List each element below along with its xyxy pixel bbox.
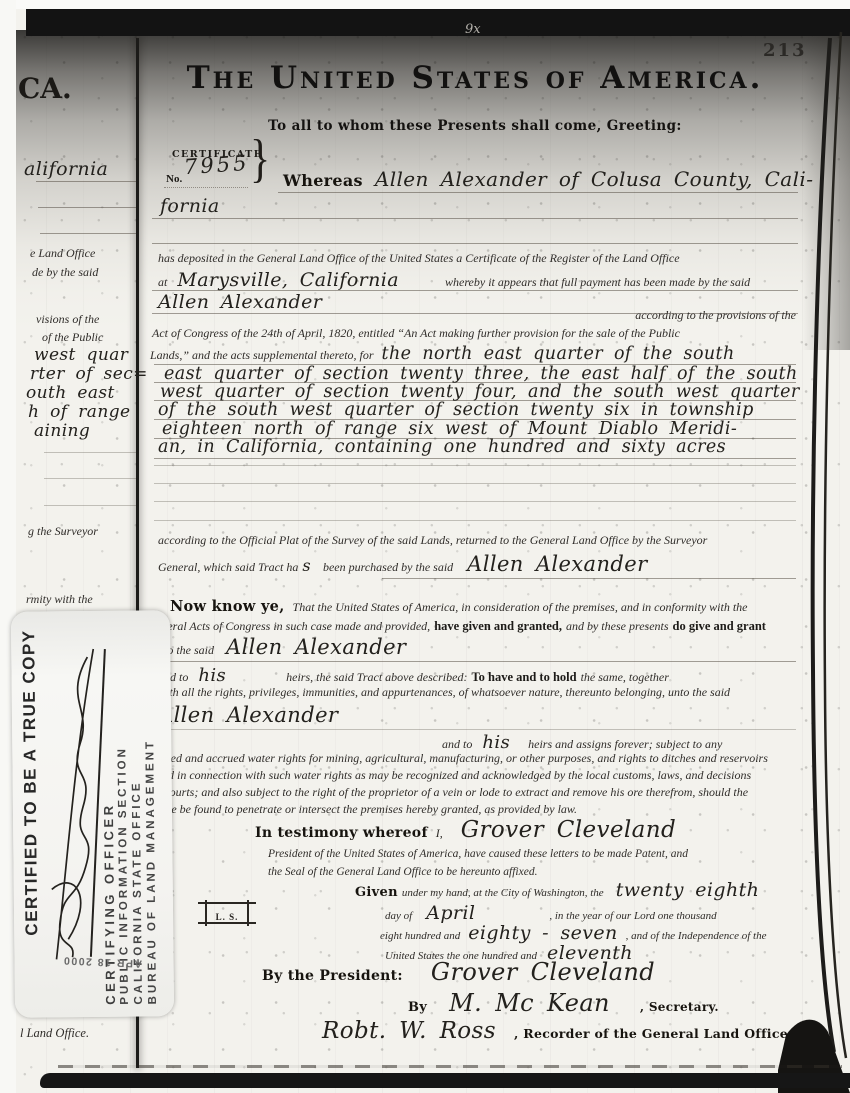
margin-fragment: h of range — [28, 402, 130, 422]
plat-text-b: been purchased by the said — [323, 560, 453, 574]
acts-text: several Acts of Congress in such case ma… — [152, 619, 430, 633]
recorder-signature: Robt. W. Ross — [322, 1018, 496, 1044]
ruled-line — [152, 243, 798, 244]
certification-sticker: CERTIFIED TO BE A TRUE COPY CERTIFYING O… — [11, 610, 174, 1018]
unto-line: unto the said Allen Alexander — [152, 636, 406, 659]
water-rights-1: vested and accrued water rights for mini… — [152, 752, 768, 765]
margin-fragment: rmity with the — [26, 592, 93, 607]
secretary-label: , Secretary. — [640, 1000, 719, 1014]
heirs-line-3: and to his heirs and assigns forever; su… — [442, 733, 722, 752]
margin-fragment: alifornia — [24, 158, 108, 180]
his-hand-2: his — [482, 732, 510, 753]
testimony-2: President of the United States of Americ… — [268, 848, 688, 860]
scan-bottom-speckle — [58, 1065, 842, 1068]
grantee-name-2: Allen Alexander — [226, 635, 406, 659]
act-of-congress-1: Act of Congress of the 24th of April, 18… — [152, 327, 680, 340]
eight-hundred-text: eight hundred and — [380, 930, 460, 942]
payment-clause: whereby it appears that full payment has… — [445, 275, 750, 289]
margin-fragment: visions of the — [36, 312, 99, 327]
margin-fragment: outh east — [26, 383, 115, 403]
given-label: Given — [355, 885, 398, 900]
ruled-line — [154, 483, 796, 484]
testimony-i: I, — [436, 826, 443, 840]
day-of-label: day of — [385, 910, 412, 922]
testimony-label: In testimony whereof — [255, 825, 428, 841]
testimony-3: the Seal of the General Land Office to b… — [268, 866, 537, 878]
ruled-line — [40, 233, 136, 234]
ruled-line — [154, 458, 796, 459]
margin-fragment: of the Public — [42, 330, 103, 345]
now-know-ye-label: Now know ye, — [170, 598, 285, 615]
plat-s: s — [302, 556, 311, 575]
certificate-underline — [164, 187, 248, 188]
by-president-line: By the President: Grover Cleveland — [262, 960, 655, 986]
plat-text-a: General, which said Tract ha — [158, 560, 298, 574]
tract-desc-0: the north east quarter of the south — [382, 344, 735, 364]
ruled-line — [44, 452, 136, 453]
given-line-3: eight hundred and eighty - seven , and o… — [380, 923, 766, 944]
to-have-hold-text: To have and to hold — [471, 670, 576, 684]
patent-page: The United States of America. To all to … — [150, 0, 810, 1093]
grantee-name-3: Allen Alexander — [158, 704, 338, 727]
secretary-line: By M. Mc Kean , Secretary. — [408, 991, 719, 1017]
ruled-line — [36, 181, 136, 182]
presents-text: and by these presents — [566, 619, 669, 633]
grantee-name-cont: fornia — [160, 196, 220, 217]
water-rights-3: of courts; and also subject to the right… — [152, 786, 748, 799]
ruled-line — [154, 520, 796, 521]
deposited-clause-1: has deposited in the General Land Office… — [158, 252, 680, 265]
tract-desc-3: of the south west quarter of section twe… — [158, 401, 754, 420]
heirs-line-1: and to his heirs, the said Tract above d… — [158, 666, 669, 685]
scanned-land-patent-document: CA. alifornia e Land Office de by the sa… — [0, 0, 850, 1093]
grantee-name: Allen Alexander of Colusa County, Cali- — [375, 167, 813, 191]
scan-top-black-band — [26, 9, 850, 36]
and-to-text-2: and to — [442, 737, 472, 751]
certificate-brace: } — [250, 132, 270, 189]
his-hand-1: his — [198, 665, 226, 686]
same-together-text: the same, together — [581, 670, 669, 684]
by-label: By — [408, 1000, 427, 1015]
ruled-line — [154, 501, 796, 502]
margin-fragment: rter of sec= — [30, 364, 148, 384]
salutation: To all to whom these Presents shall come… — [150, 119, 800, 134]
certifying-officer-label: CERTIFYING OFFICER — [101, 785, 118, 1005]
ruled-line — [154, 465, 796, 466]
deposited-clause-2: at Marysville, California whereby it app… — [158, 270, 750, 291]
assigns-text: heirs and assigns forever; subject to an… — [528, 737, 722, 751]
given-year: eighty - seven — [468, 922, 617, 944]
by-president-label: By the President: — [262, 968, 403, 984]
ruled-line — [154, 729, 796, 730]
land-office-place: Marysville, California — [177, 269, 399, 291]
given-month: April — [426, 902, 475, 924]
given-day: twenty eighth — [616, 879, 760, 901]
given-line-1: Given under my hand, at the City of Wash… — [355, 880, 759, 901]
ruled-line — [38, 207, 136, 208]
certificate-number: 7955 — [183, 152, 250, 179]
whereas-label: Whereas — [283, 171, 363, 190]
page-title: The United States of America. — [150, 62, 800, 95]
act-of-congress-2: Lands,” and the acts supplemental theret… — [150, 345, 735, 364]
margin-fragment: aining — [34, 421, 90, 441]
ruled-line — [278, 192, 798, 193]
tract-desc-5: an, in California, containing one hundre… — [158, 438, 726, 457]
scan-bottom-black-band — [40, 1073, 850, 1088]
now-know-ye-2: several Acts of Congress in such case ma… — [152, 617, 766, 634]
have-given-text: have given and granted, — [434, 619, 562, 633]
recorder-label: , Recorder of the General Land Office. — [514, 1026, 793, 1041]
margin-fragment: g the Surveyor — [28, 524, 98, 539]
ruled-line — [44, 505, 136, 506]
year-text: , in the year of our Lord one thousand — [549, 910, 716, 922]
margin-fragment: l Land Office. — [20, 1026, 89, 1041]
whereas-line: Whereas Allen Alexander of Colusa County… — [283, 169, 813, 191]
heirs-text: heirs, the said Tract above described: — [286, 670, 467, 684]
ruled-line — [382, 578, 796, 579]
heirs-line-2: with all the rights, privileges, immunit… — [158, 686, 730, 699]
at-label: at — [158, 275, 167, 289]
scan-top-edge — [0, 0, 850, 9]
provisions-clause: according to the provisions of the — [150, 309, 796, 322]
plat-clause-2: General, which said Tract ha s been purc… — [158, 553, 648, 576]
seal-box: L. S. — [205, 900, 249, 926]
margin-fragment: west quar — [34, 345, 128, 365]
purchaser-name: Allen Alexander — [467, 552, 647, 576]
now-know-ye-text: That the United States of America, in co… — [293, 600, 748, 614]
ruled-line — [152, 661, 796, 662]
certified-true-copy-label: CERTIFIED TO BE A TRUE COPY — [20, 681, 43, 936]
page-curl-edge — [778, 30, 850, 1093]
certificate-no-label: No. — [166, 174, 182, 186]
water-rights-2: used in connection with such water right… — [152, 769, 751, 782]
president-signature-2: Grover Cleveland — [431, 958, 655, 986]
margin-fragment: de by the said — [32, 265, 98, 280]
plat-clause-1: according to the Official Plat of the Su… — [158, 534, 707, 547]
now-know-ye-1: Now know ye, That the United States of A… — [170, 598, 748, 615]
given-line-2: day of April , in the year of our Lord o… — [385, 903, 717, 924]
act-text: Lands,” and the acts supplemental theret… — [150, 348, 374, 362]
handwritten-index-mark: 9x — [465, 22, 481, 37]
independence-text: , and of the Independence of the — [626, 930, 767, 942]
ruled-line — [152, 218, 798, 219]
president-signature-1: Grover Cleveland — [461, 817, 676, 843]
margin-fragment: e Land Office — [30, 246, 95, 261]
seal-label: L. S. — [216, 912, 239, 922]
recorder-line: Robt. W. Ross , Recorder of the General … — [322, 1019, 793, 1044]
ruled-line — [44, 478, 136, 479]
bureau-land-management-label: BUREAU OF LAND MANAGEMENT — [144, 694, 159, 1004]
secretary-signature: M. Mc Kean — [449, 989, 610, 1017]
given-text-1: under my hand, at the City of Washington… — [402, 887, 604, 899]
water-rights-4: same be found to penetrate or intersect … — [152, 803, 577, 816]
margin-fragment: CA. — [18, 72, 72, 105]
do-give-text: do give and grant — [673, 619, 766, 633]
testimony-line: In testimony whereof I, Grover Cleveland — [255, 818, 676, 843]
